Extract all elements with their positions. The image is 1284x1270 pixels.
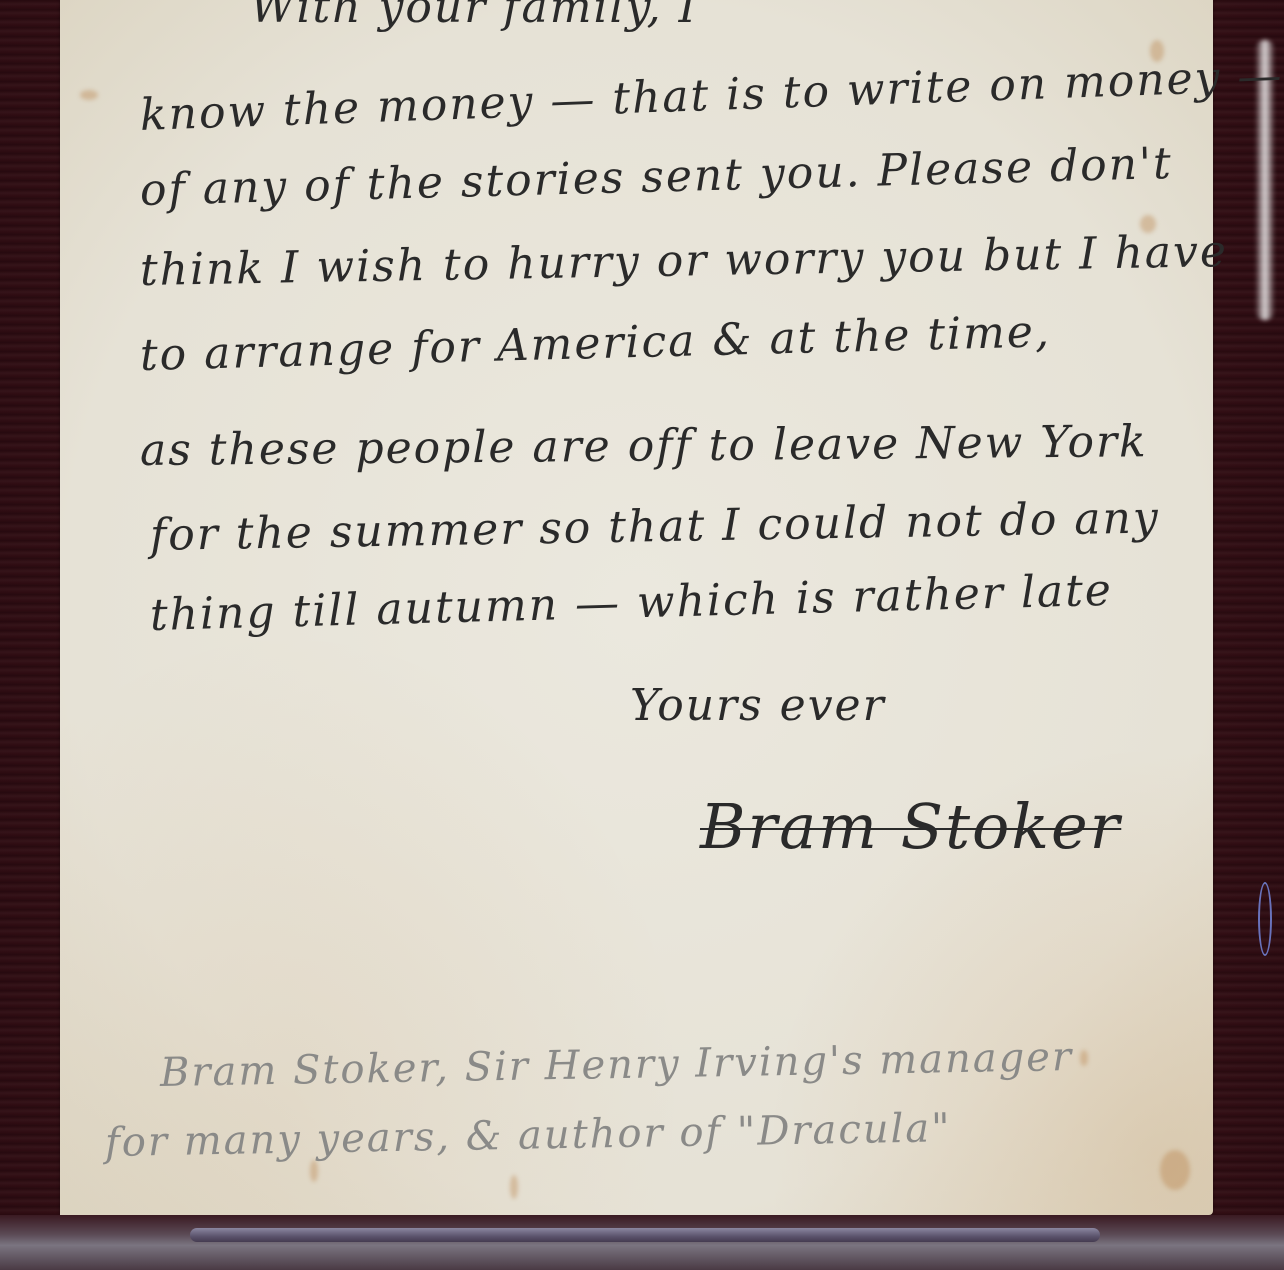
letter-line-4: think I wish to hurry or worry you but I… <box>140 226 1229 296</box>
foxing-stain <box>510 1175 518 1199</box>
letter-line-8: thing till autumn — which is rather late <box>149 565 1113 641</box>
letter-line-1: With your family, I <box>250 0 698 33</box>
foxing-stain <box>310 1160 318 1182</box>
letter-line-3: of any of the stories sent you. Please d… <box>139 138 1173 216</box>
pencil-annotation-line-1: Bram Stoker, Sir Henry Irving's manager <box>160 1034 1074 1096</box>
letter-line-7: for the summer so that I could not do an… <box>150 492 1161 561</box>
foxing-stain <box>80 90 98 100</box>
foxing-stain <box>1080 1050 1088 1066</box>
display-holder-base <box>0 1215 1284 1270</box>
blue-light-reflection <box>1258 882 1272 956</box>
letter-closing: Yours ever <box>630 680 886 731</box>
letter-sheet: With your family, I know the money — tha… <box>60 0 1213 1215</box>
letter-line-6: as these people are off to leave New Yor… <box>140 416 1148 476</box>
letter-line-2: know the money — that is to write on mon… <box>139 50 1284 141</box>
acrylic-rail <box>190 1228 1100 1242</box>
pencil-annotation-line-2: for many years, & author of "Dracula" <box>105 1105 952 1166</box>
foxing-stain <box>1160 1150 1190 1190</box>
signature: Bram Stoker <box>700 790 1121 863</box>
letter-line-5: to arrange for America & at the time, <box>139 306 1051 381</box>
